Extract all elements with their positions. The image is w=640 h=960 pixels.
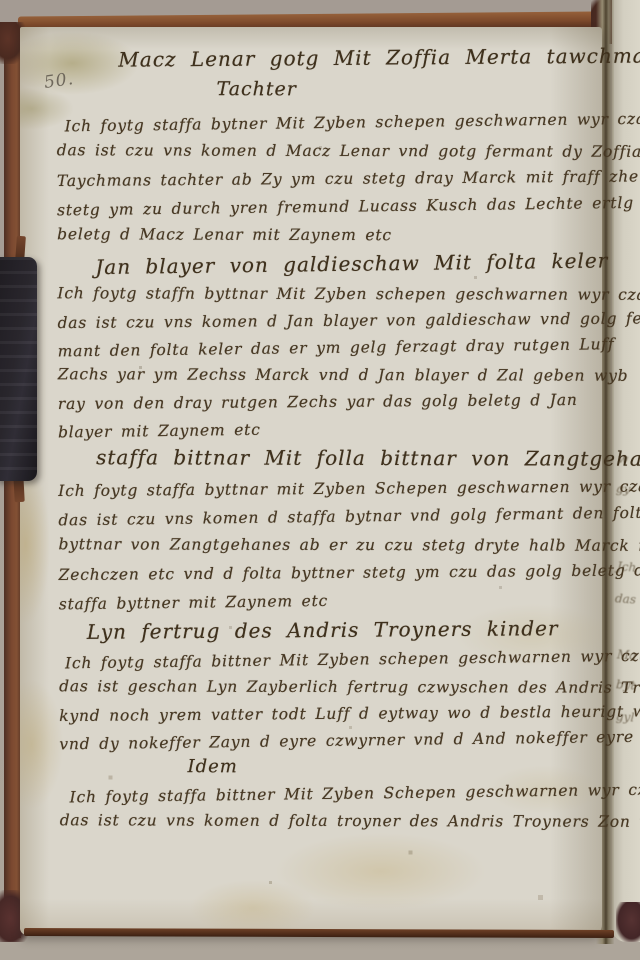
manuscript-line: Ich foytg staffa bittner Mit Zyben schep… xyxy=(65,644,589,678)
facing-page-edge: w gy Jch das Ma byt gyl xyxy=(612,0,640,942)
book-cover-bottom-edge xyxy=(24,928,614,938)
manuscript-line: das ist czu vns komen d staffa bytnar vn… xyxy=(58,499,588,534)
manuscript-line: blayer mit Zaynem etc xyxy=(58,412,588,446)
manuscript-line: Ich foytg staffn byttnar Mit Zyben schep… xyxy=(57,280,587,308)
manuscript-line: das ist geschan Lyn Zayberlich fertrug c… xyxy=(59,673,589,701)
entry-heading: Lyn fertrug des Andris Troyners kinder xyxy=(87,613,589,649)
manuscript-line: das ist czu vns komen d Macz Lenar vnd g… xyxy=(57,136,587,165)
handwritten-text-block: Macz Lenar gotg Mit Zoffia Merta tawchma… xyxy=(18,26,604,837)
facing-page-ink-fragment: das xyxy=(615,591,637,606)
manuscript-line: stetg ym zu durch yren fremund Lucass Ku… xyxy=(57,189,587,224)
entry-heading: staffa bittnar Mit folla bittnar von Zan… xyxy=(96,442,588,475)
entry-heading-line2: Tachter xyxy=(216,74,586,105)
entry-heading: Jan blayer von galdieschaw Mit folta kel… xyxy=(95,246,587,284)
manuscript-line: Ich foytg staffa bittner Mit Zyben Schep… xyxy=(69,778,589,812)
manuscript-page: 50. Macz Lenar gotg Mit Zoffia Merta taw… xyxy=(20,27,602,935)
book-cover-bottom-right-corner xyxy=(616,902,640,942)
manuscript-line: beletg d Macz Lenar mit Zaynem etc xyxy=(57,220,587,249)
manuscript-line: Ich foytg staffa bytner Mit Zyben schepe… xyxy=(64,106,586,141)
entry-heading: Macz Lenar gotg Mit Zoffia Merta tawchma… xyxy=(118,41,586,77)
manuscript-photo: w gy Jch das Ma byt gyl 50. Macz Lenar g… xyxy=(0,0,640,960)
manuscript-line: Zachs yar ym Zechss Marck vnd d Jan blay… xyxy=(58,361,588,389)
leather-clasp-strap xyxy=(0,257,37,481)
manuscript-line: byttnar von Zangtgehanes ab er zu czu st… xyxy=(58,530,588,559)
manuscript-line: mant den folta keler das er ym gelg ferz… xyxy=(57,331,587,365)
manuscript-line: vnd dy nokeffer Zayn d eyre czwyrner vnd… xyxy=(59,724,589,758)
manuscript-line: das ist czu vns komen d folta troyner de… xyxy=(60,807,590,835)
entry-subheading-idem: Idem xyxy=(187,754,589,781)
